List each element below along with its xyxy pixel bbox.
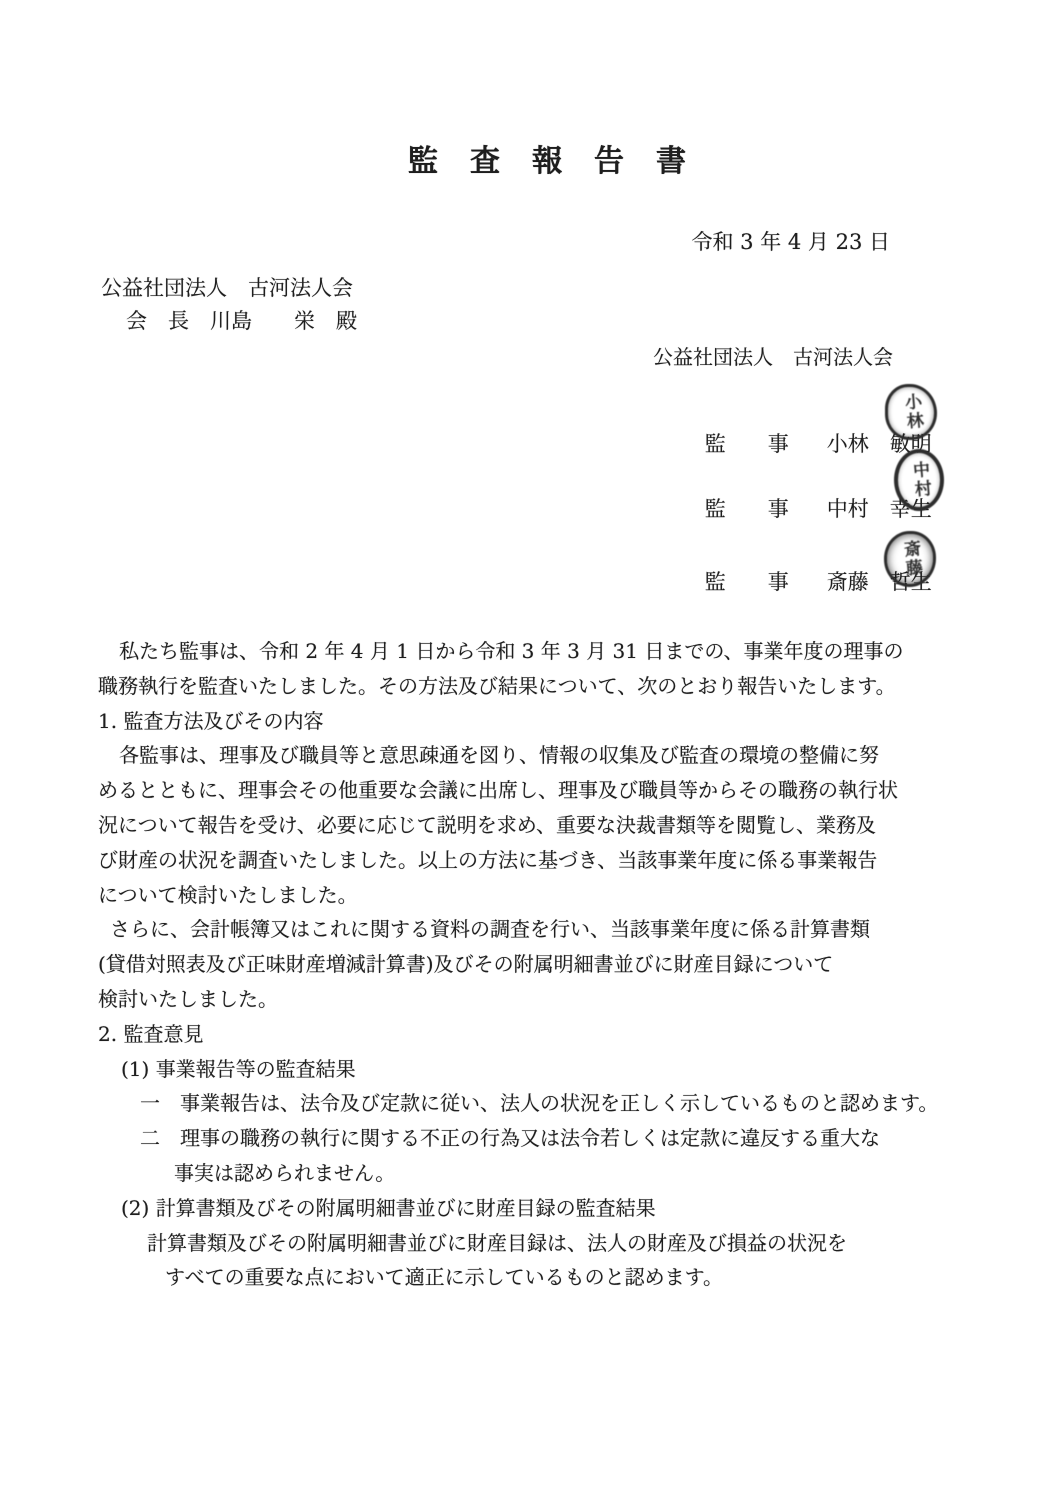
body-line: 各監事は、理事及び職員等と意思疎通を図り、情報の収集及び監査の環境の整備に努 [98,738,998,773]
finding-item: 二 理事の職務の執行に関する不正の行為又は法令若しくは定款に違反する重大な [98,1121,998,1156]
finding-item: 計算書類及びその附属明細書並びに財産目録は、法人の財産及び損益の状況を [98,1226,998,1261]
body-line: 況について報告を受け、必要に応じて説明を求め、重要な決裁書類等を閲覧し、業務及 [98,808,998,843]
document-title: 監 査 報 告 書 [408,136,687,180]
section-2-heading: 2. 監査意見 [98,1017,998,1052]
body-line: について検討いたしました。 [98,878,998,913]
hanko-seal-stamp: 中村 [894,449,944,511]
seal-kanji: 小林 [901,392,921,431]
auditor-signature-row: 監 事小林 敏明 小林 [678,404,932,438]
body-line: 私たち監事は、令和 2 年 4 月 1 日から令和 3 年 3 月 31 日まで… [98,634,998,669]
hanko-seal-stamp: 小林 [885,384,937,440]
hanko-seal-stamp: 斎藤 [884,531,936,587]
seal-kanji: 斎藤 [900,539,920,578]
auditor-role-label: 監 事 [705,432,789,456]
subsection-1-heading: (1) 事業報告等の監査結果 [98,1052,998,1087]
body-line: めるとともに、理事会その他重要な会議に出席し、理事及び職員等からその職務の執行状 [98,773,998,808]
body-line: さらに、会計帳簿又はこれに関する資料の調査を行い、当該事業年度に係る計算書類 [98,912,998,947]
body-line: (貸借対照表及び正味財産増減計算書)及びその附属明細書並びに財産目録について [98,947,998,982]
auditor-signature-row: 監 事斎藤 哲生 斎藤 [678,542,932,576]
finding-item: 一 事業報告は、法令及び定款に従い、法人の状況を正しく示しているものと認めます。 [98,1086,998,1121]
addressee-organization: 公益社団法人 古河法人会 [101,272,353,302]
document-date: 令和 3 年 4 月 23 日 [692,226,891,256]
addressee-person: 会 長 川島 栄 殿 [126,305,357,335]
body-line: び財産の状況を調査いたしました。以上の方法に基づき、当該事業年度に係る事業報告 [98,843,998,878]
audit-report-page: 監 査 報 告 書 令和 3 年 4 月 23 日 公益社団法人 古河法人会 会… [0,0,1058,1497]
subsection-2-heading: (2) 計算書類及びその附属明細書並びに財産目録の監査結果 [98,1191,998,1226]
auditor-signature-row: 監 事中村 幸生 中村 [678,469,932,503]
issuer-organization: 公益社団法人 古河法人会 [653,341,893,370]
body-line: 職務執行を監査いたしました。その方法及び結果について、次のとおり報告いたします。 [98,669,998,704]
finding-item-continuation: 事実は認められません。 [98,1156,998,1191]
auditor-role-label: 監 事 [705,497,789,521]
body-line: 検討いたしました。 [98,982,998,1017]
seal-kanji: 中村 [909,460,929,499]
auditor-role-label: 監 事 [705,570,789,594]
finding-item-continuation: すべての重要な点において適正に示しているものと認めます。 [98,1260,998,1295]
report-body: 私たち監事は、令和 2 年 4 月 1 日から令和 3 年 3 月 31 日まで… [98,634,998,1295]
section-1-heading: 1. 監査方法及びその内容 [98,704,998,739]
